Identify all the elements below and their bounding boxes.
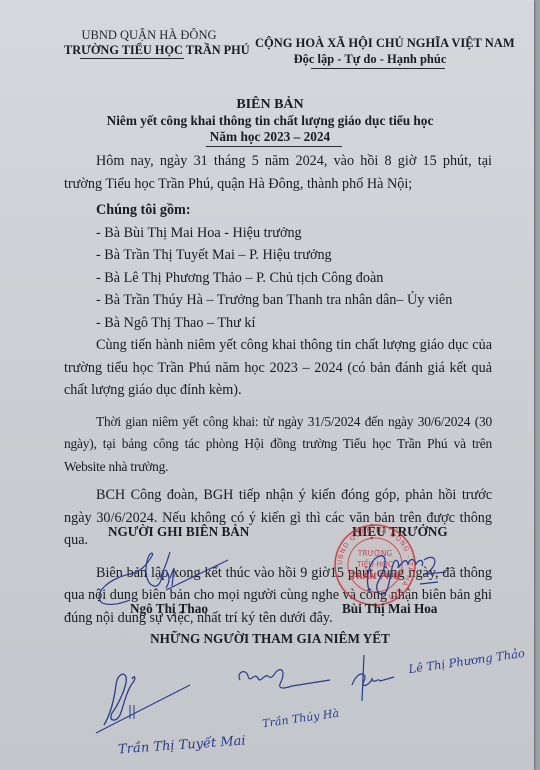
participant-name-1: Trần Thị Tuyết Mai xyxy=(118,734,246,758)
national-title-block: CỘNG HOÀ XÃ HỘI CHỦ NGHĨA VIỆT NAM Độc l… xyxy=(255,35,485,67)
member-item: - Bà Bùi Thị Mai Hoa - Hiệu trưởng xyxy=(96,222,492,245)
feedback-paragraph: BCH Công đoàn, BGH tiếp nhận ý kiến đóng… xyxy=(64,484,492,552)
header-left-underline xyxy=(80,58,184,59)
recorder-signature xyxy=(90,548,240,608)
members-heading: Chúng tôi gồm: xyxy=(64,199,492,222)
posting-paragraph: Cùng tiến hành niêm yết công khai thông … xyxy=(64,334,492,402)
participant-signature-2 xyxy=(234,662,334,702)
participants-title: NHỮNG NGƯỜI THAM GIA NIÊM YẾT xyxy=(0,631,540,647)
participant-signature-3 xyxy=(348,655,408,703)
member-item: - Bà Ngô Thị Thao – Thư kí xyxy=(96,312,492,335)
recorder-title: NGƯỜI GHI BIÊN BẢN xyxy=(108,524,249,540)
issuing-authority-block: UBND QUẬN HÀ ĐÔNG TRƯỜNG TIỂU HỌC TRẦN P… xyxy=(64,28,234,58)
participant-name-2: Trần Thúy Hà xyxy=(261,707,339,731)
recorder-name: Ngô Thị Thao xyxy=(130,601,208,617)
document-title-block: BIÊN BẢN Niêm yết công khai thông tin ch… xyxy=(0,97,540,145)
school-year: Năm học 2023 – 2024 xyxy=(0,129,540,145)
motto-underline xyxy=(311,68,445,69)
document-heading: BIÊN BẢN xyxy=(0,97,540,113)
principal-signature xyxy=(350,548,450,608)
title-underline xyxy=(206,146,342,147)
school-name: TRƯỜNG TIỂU HỌC TRẦN PHÚ xyxy=(64,43,234,58)
member-item: - Bà Trần Thúy Hà – Trưởng ban Thanh tra… xyxy=(96,289,492,312)
member-item: - Bà Lê Thị Phương Thảo – P. Chủ tịch Cô… xyxy=(96,267,492,290)
principal-name: Bùi Thị Mai Hoa xyxy=(342,601,437,617)
members-list: - Bà Bùi Thị Mai Hoa - Hiệu trưởng - Bà … xyxy=(64,222,492,335)
member-item: - Bà Trần Thị Tuyết Mai – P. Hiệu trưởng xyxy=(96,244,492,267)
authority-name: UBND QUẬN HÀ ĐÔNG xyxy=(64,28,234,43)
participant-name-3: Lê Thị Phương Thảo xyxy=(408,646,526,676)
country-name: CỘNG HOÀ XÃ HỘI CHỦ NGHĨA VIỆT NAM xyxy=(255,35,485,51)
national-motto: Độc lập - Tự do - Hạnh phúc xyxy=(255,51,485,67)
participant-signature-1 xyxy=(90,665,200,735)
document-page: UBND QUẬN HÀ ĐÔNG TRƯỜNG TIỂU HỌC TRẦN P… xyxy=(0,0,534,770)
posting-period-paragraph: Thời gian niêm yết công khai: từ ngày 31… xyxy=(64,411,492,479)
intro-paragraph: Hôm nay, ngày 31 tháng 5 năm 2024, vào h… xyxy=(64,150,492,195)
document-subtitle: Niêm yết công khai thông tin chất lượng … xyxy=(0,113,540,129)
